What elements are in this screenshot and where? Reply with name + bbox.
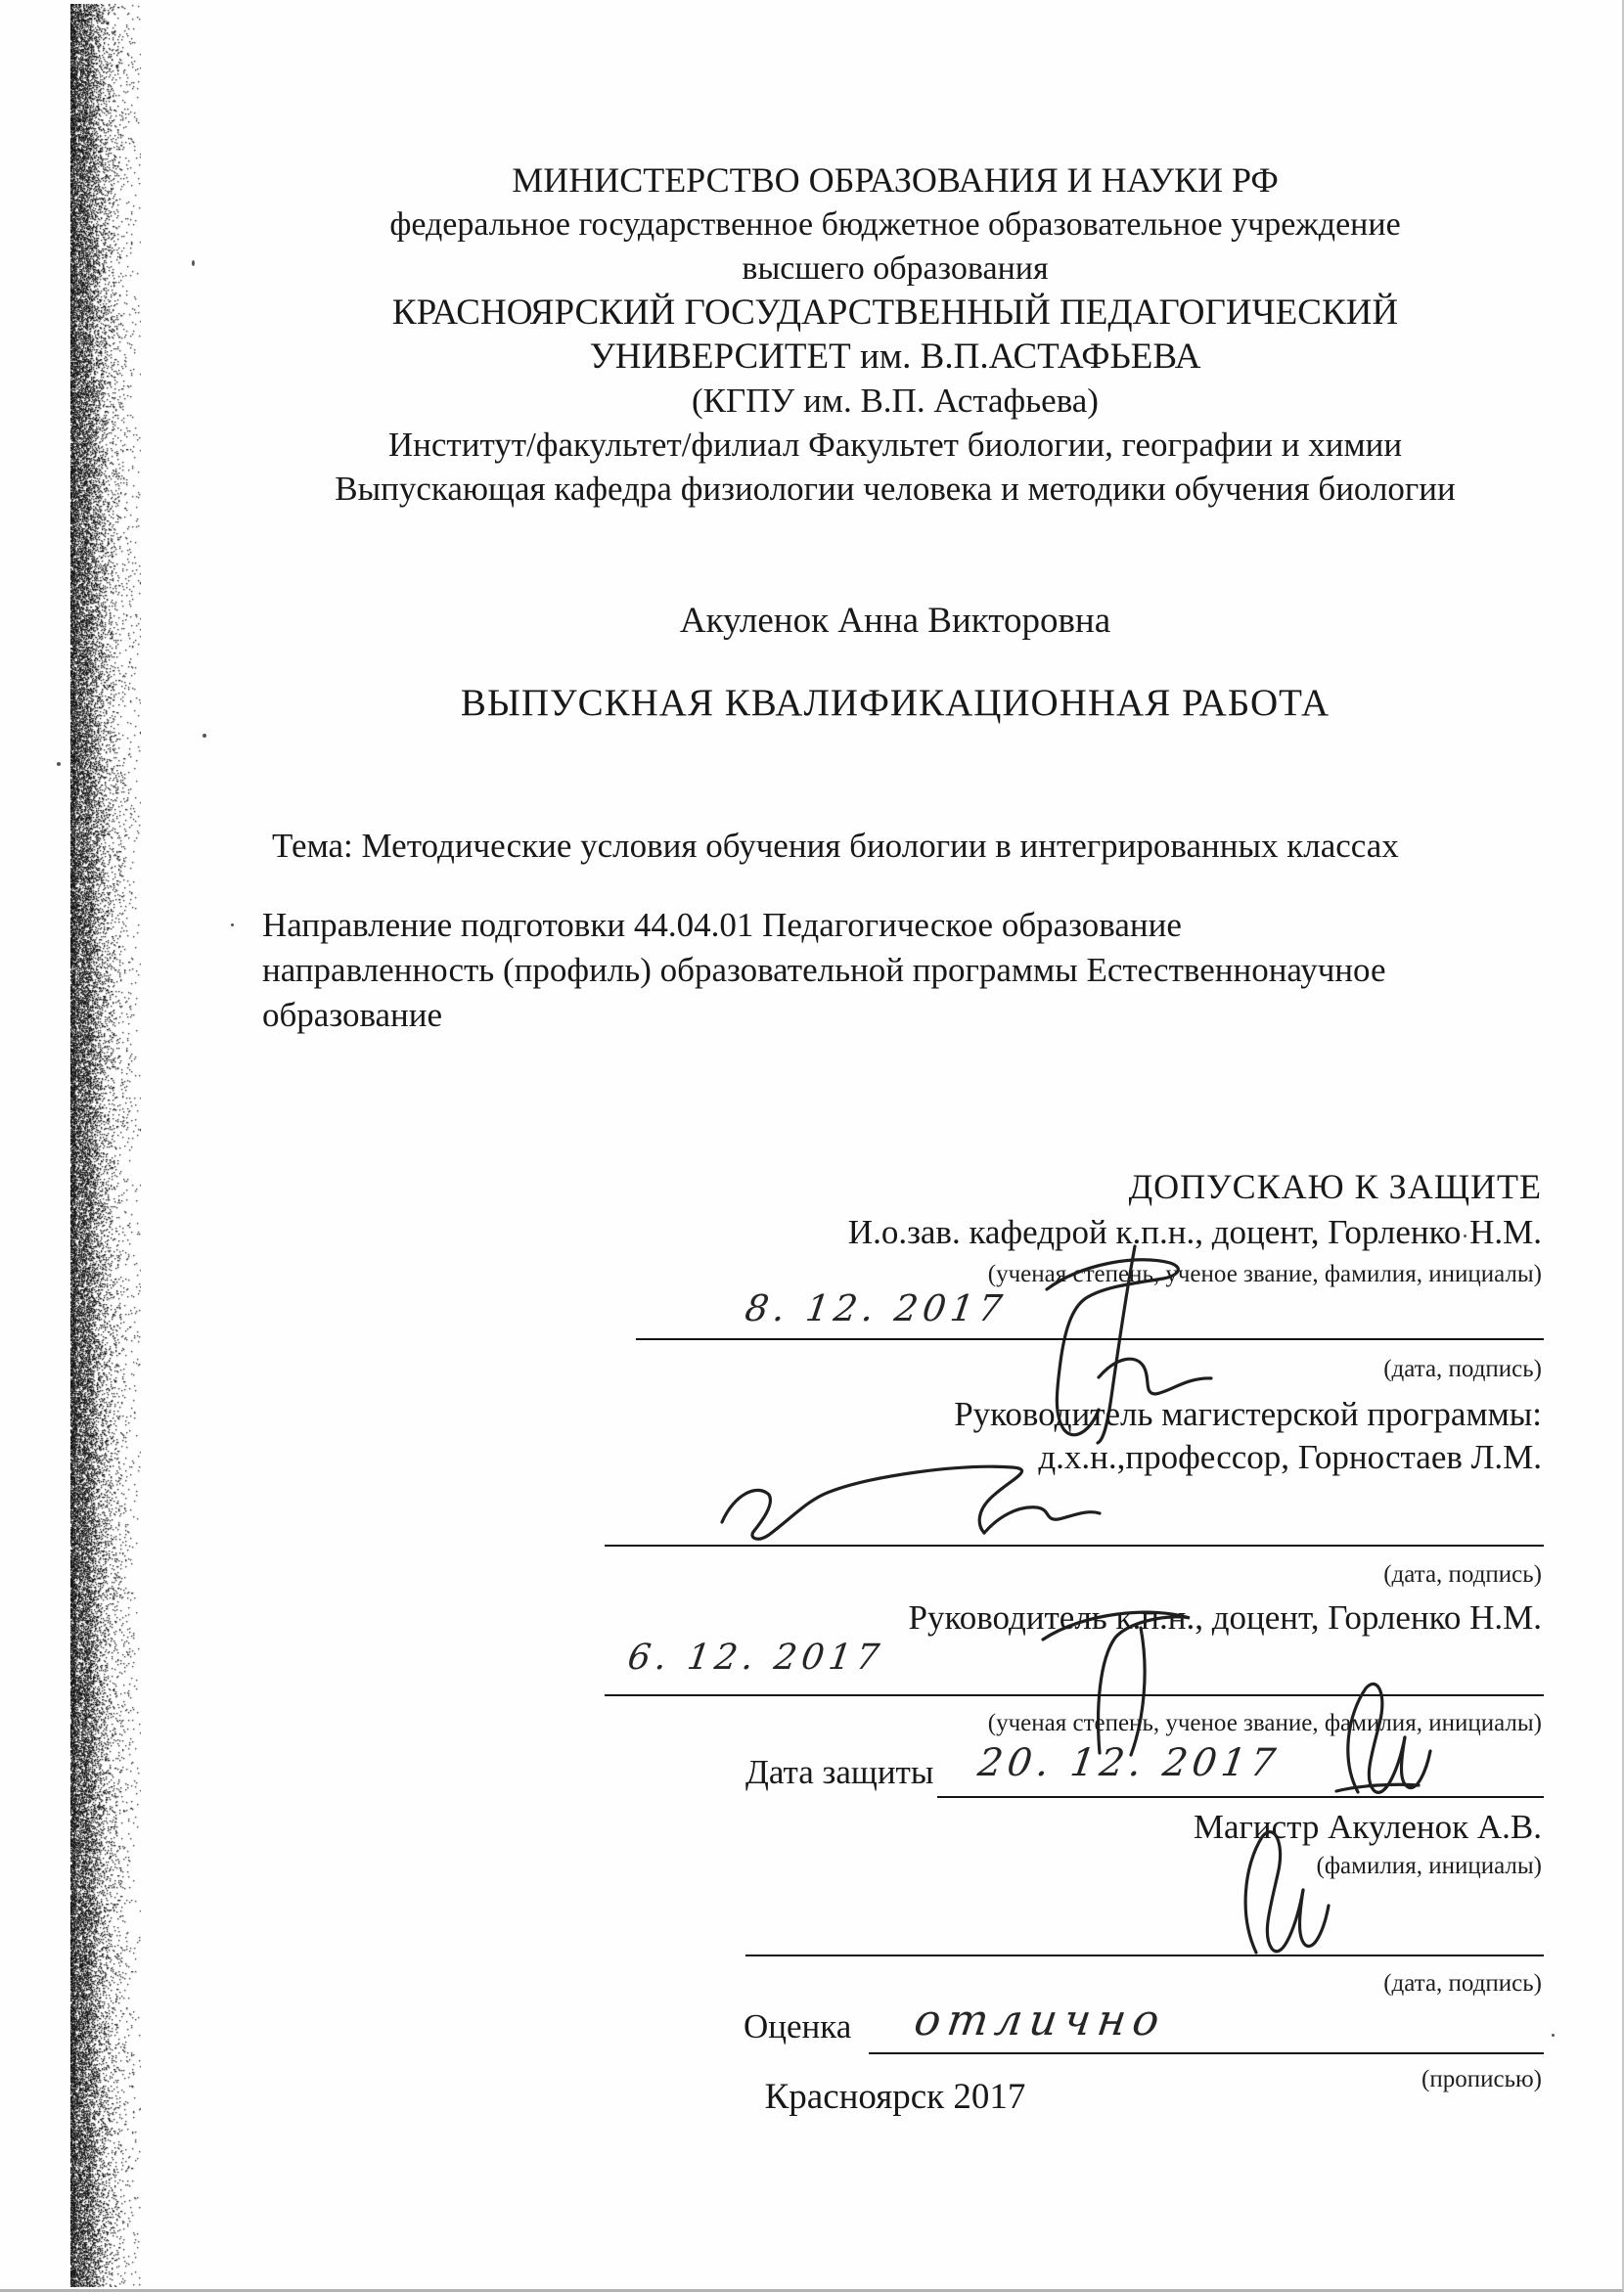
defense-date-line [937,1796,1544,1798]
head-date-handwritten: 8. 12. 2017 [743,1287,1010,1329]
date-signature-caption-1: (дата, подпись) [1383,1356,1542,1383]
scan-speck [203,734,206,738]
institution-line-2: высшего образования [245,247,1546,291]
program-direction: Направление подготовки 44.04.01 Педагоги… [262,903,1386,948]
defense-date-signature [1301,1677,1448,1801]
program-block: Направление подготовки 44.04.01 Педагоги… [262,903,1386,1038]
program-director-line: д.х.н.,профессор, Горностаев Л.М. [1038,1438,1542,1477]
university-line-2: УНИВЕРСИТЕТ им. В.П.АСТАФЬЕВА [245,335,1546,379]
supervisor-date-handwritten: 6. 12. 2017 [625,1638,886,1678]
ministry-line: МИНИСТЕРСТВО ОБРАЗОВАНИЯ И НАУКИ РФ [245,158,1546,202]
grade-line [869,2052,1544,2054]
scan-speck [192,260,195,266]
approval-title: ДОПУСКАЮ К ЗАЩИТЕ [1129,1166,1542,1207]
footer-city-year: Красноярск 2017 [245,2076,1546,2118]
program-director-label: Руководитель магистерской программы: [954,1395,1542,1434]
document-page: МИНИСТЕРСТВО ОБРАЗОВАНИЯ И НАУКИ РФ феде… [0,0,1624,2292]
institution-line-1: федеральное государственное бюджетное об… [245,202,1546,247]
university-line-1: КРАСНОЯРСКИЙ ГОСУДАРСТВЕННЫЙ ПЕДАГОГИЧЕС… [245,291,1546,335]
defense-date-label: Дата защиты [745,1753,933,1792]
grade-handwritten: отлично [911,1996,1169,2045]
department-line: Выпускающая кафедра физиологии человека … [245,467,1546,511]
scan-noise-band [70,4,141,2287]
faculty-line: Институт/факультет/филиал Факультет биол… [245,423,1546,467]
work-type-title: ВЫПУСКНАЯ КВАЛИФИКАЦИОННАЯ РАБОТА [245,681,1546,725]
program-director-signature-line [605,1545,1544,1547]
program-director-signature [714,1461,1105,1551]
date-signature-caption-3: (дата, подпись) [1383,1970,1542,1998]
master-caption: (фамилия, инициалы) [1317,1853,1542,1880]
header-block: МИНИСТЕРСТВО ОБРАЗОВАНИЯ И НАУКИ РФ феде… [245,158,1546,511]
master-signature [1195,1823,1342,1962]
university-short-name: (КГПУ им. В.П. Астафьева) [245,379,1546,423]
defense-date-handwritten: 20. 12. 2017 [975,1741,1283,1785]
scan-speck [231,923,234,926]
credentials-caption-2: (ученая степень, ученое звание, фамилия,… [988,1710,1542,1737]
supervisor-line: Руководитель к.п.н., доцент, Горленко Н.… [909,1598,1543,1638]
scan-speck [1552,2034,1555,2037]
master-date-signature-line [745,1955,1544,1956]
head-date-signature-line [636,1338,1544,1340]
scan-speck [57,762,61,766]
topic-line: Тема: Методические условия обучения биол… [272,827,1399,866]
author-name: Акуленок Анна Викторовна [245,600,1546,642]
program-profile-line-1: направленность (профиль) образовательной… [262,948,1386,993]
program-profile-line-2: образование [262,993,1386,1038]
grade-label: Оценка [744,2007,851,2046]
date-signature-caption-2: (дата, подпись) [1383,1561,1542,1589]
